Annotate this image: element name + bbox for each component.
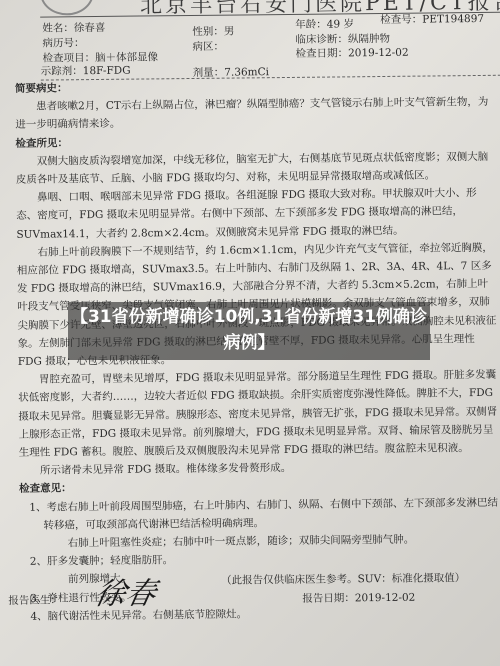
- findings-brain: 双侧大脑皮质沟裂增宽加深，中线无移位，脑室无扩大，右侧基底节见斑点状低密度影；双…: [16, 148, 496, 189]
- doctor-label: 报告医生：: [8, 592, 61, 608]
- tracer: 18F-FDG: [83, 65, 131, 78]
- report-date: 报告日期：2019-12-02: [302, 590, 415, 606]
- patient-sex: 男: [224, 26, 235, 38]
- exam-date: 2019-12-02: [348, 47, 409, 60]
- impression-item: 1、考虑右肺上叶前段周围型肺癌，右上叶肺内、右肺门、纵隔、右侧中下颈部、左下颈部…: [19, 493, 499, 534]
- caption-text: 【31省份新增确诊10例,31省份新增31例确诊病例】: [68, 304, 430, 356]
- patient-age: 49 岁: [327, 18, 354, 30]
- findings-head-neck: 鼻咽、口咽、喉咽部未见异常 FDG 摄取。各组涎腺 FDG 摄取大致对称。甲状腺…: [16, 184, 497, 244]
- doctor-signature: 徐春: [92, 568, 161, 613]
- patient-name: 徐春喜: [74, 22, 106, 34]
- hospital-seal-icon: [40, 0, 94, 16]
- impression-list: 1、考虑右肺上叶前段周围型肺癌，右上叶肺内、右肺门、纵隔、右侧中下颈部、左下颈部…: [19, 493, 500, 625]
- disclaimer: （此报告仅供临床医生参考。SUV：标准化摄取值）: [221, 570, 465, 588]
- clinical-diagnosis: 纵隔肿物: [348, 33, 390, 45]
- history-text: 患者咳嗽2月，CT示右上纵隔占位，淋巴瘤？纵隔型肺癌？支气管镜示右肺上叶支气管新…: [15, 93, 495, 134]
- findings-abdomen: 胃腔充盈可，胃壁未见增厚，FDG 摄取未见明显异常。部分肠道呈生理性 FDG 摄…: [18, 366, 499, 462]
- exam-number: PET194897: [422, 13, 484, 26]
